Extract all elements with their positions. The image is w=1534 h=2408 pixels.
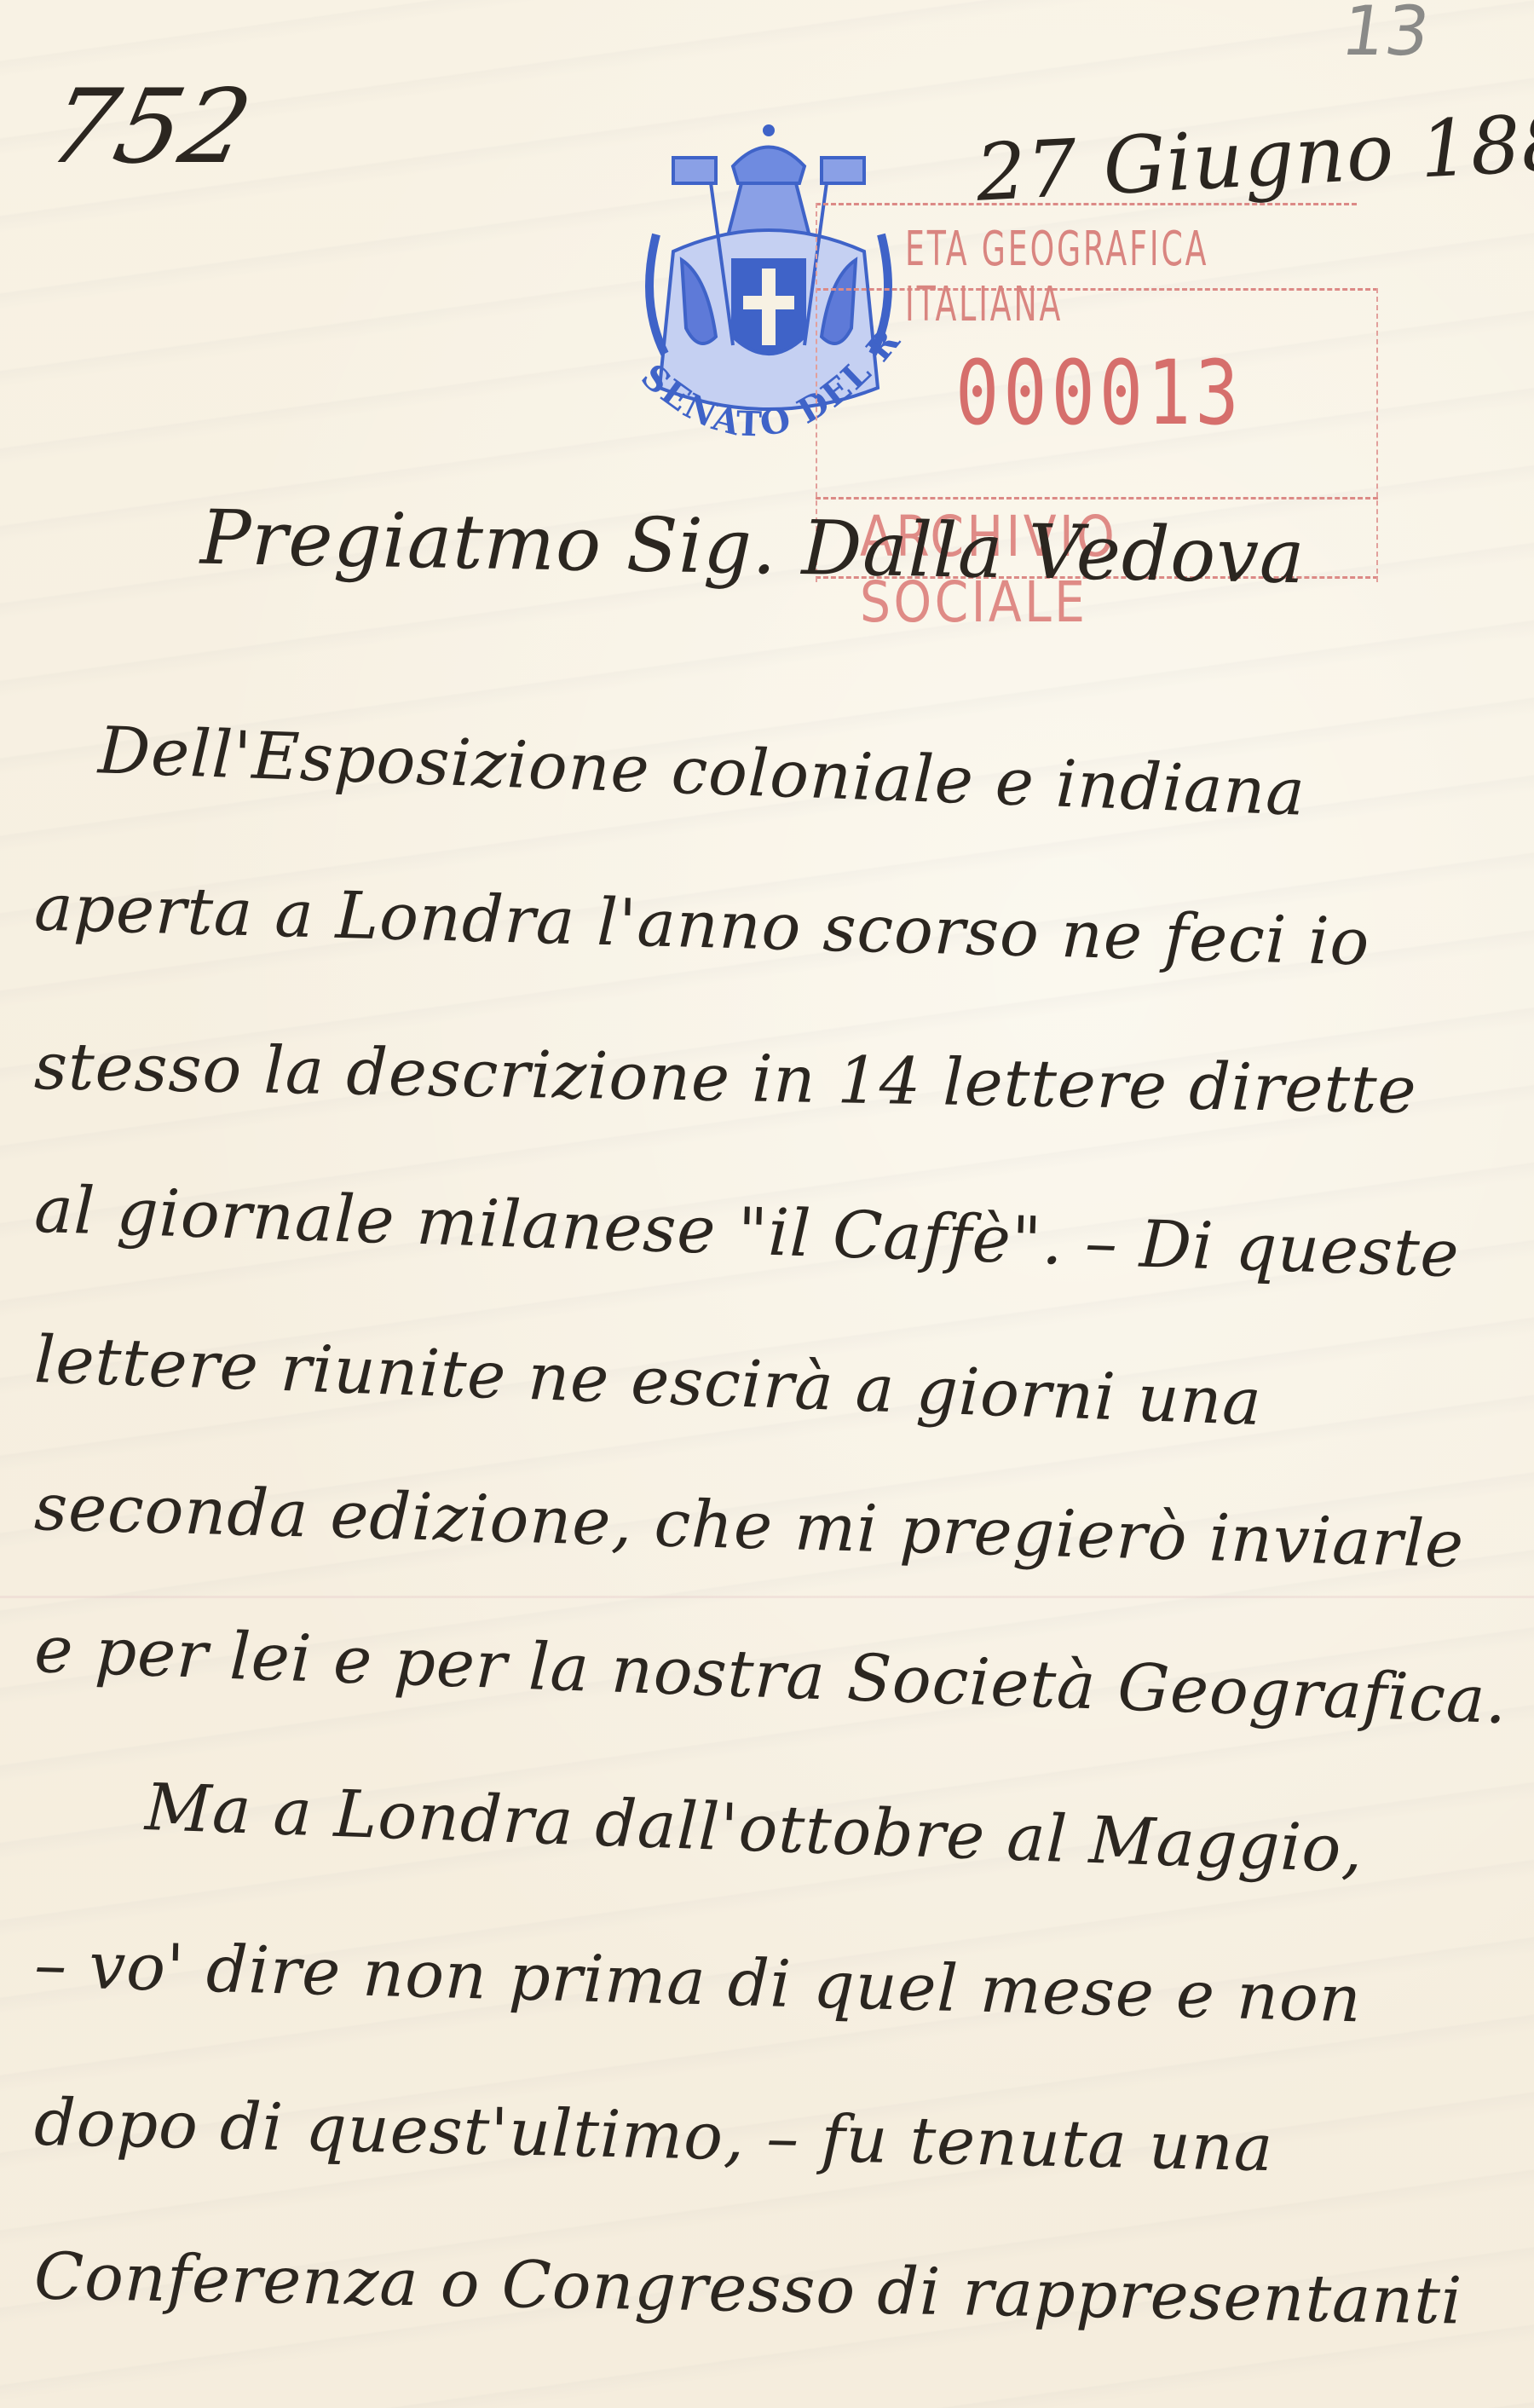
body-line: – vo' dire non prima di quel mese e non [33,1926,1363,2037]
body-line: aperta a Londra l'anno scorso ne feci io [33,869,1370,979]
body-line: al giornale milanese "il Caffè". – Di qu… [33,1171,1461,1292]
body-line: seconda edizione, che mi pregierò inviar… [33,1469,1465,1582]
stamp-border [1376,288,1378,582]
fold-line [0,1596,1534,1598]
body-line: lettere riunite ne escirà a giorni una [33,1321,1263,1440]
folio-number: 13 [1336,0,1434,71]
salutation: Pregiatmo Sig. Dalla Vedova [199,494,1306,601]
body-line: dopo di quest'ultimo, – fu tenuta una [33,2084,1274,2186]
body-line: e per lei e per la nostra Società Geogra… [33,1611,1508,1738]
body-line: Conferenza o Congresso di rappresentanti [33,2238,1463,2338]
stamp-border [816,497,1378,500]
archive-number: 752 [38,68,262,187]
body-line: Dell'Esposizione coloniale e indiana [97,712,1306,829]
body-line: Ma a Londra dall'ottobre al Maggio, [144,1769,1364,1887]
stamp-number: 000013 [955,341,1243,445]
stamp-border [816,203,1357,205]
letter-page: 752 13 27 Giugno 1887 [0,0,1534,2408]
stamp-society-name: ETA GEOGRAFICA ITALIANA [905,222,1246,332]
letter-date: 27 Giugno 1887 [974,94,1534,219]
body-line: stesso la descrizione in 14 lettere dire… [33,1028,1417,1128]
